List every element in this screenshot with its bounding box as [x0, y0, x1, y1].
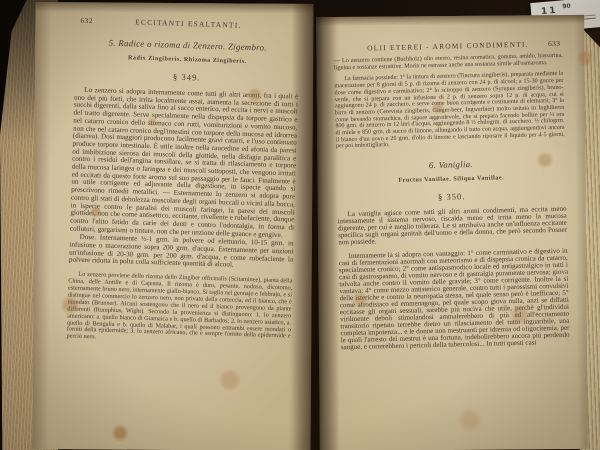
left-page-number: 632: [80, 16, 93, 25]
right-body-paragraph-2: Internamente la si adopra con vantaggio:…: [339, 248, 570, 352]
left-page: 632 ECCITANTI ESALTANTI. 5. Radice o riz…: [32, 2, 313, 450]
left-body-paragraph: Lo zenzero si adopra internamente come t…: [70, 87, 298, 240]
right-small-print-1: — Lo zenzero contiene (Buchholz) olio et…: [334, 53, 563, 72]
right-section-heading: 6. Vaniglia.: [336, 157, 565, 173]
right-running-head: OLII ETEREI - AROMI CONDIMENTI. 633: [333, 39, 562, 54]
left-running-head: 632 ECCITANTI ESALTANTI.: [76, 16, 300, 32]
left-page-text-block: 632 ECCITANTI ESALTANTI. 5. Radice o riz…: [32, 2, 313, 450]
right-latin-subheading: Fructus Vanillae. Siliqua Vanillae.: [337, 174, 566, 186]
left-small-print-paragraph: Lo zenzero proviene dello rizoma dello Z…: [66, 272, 292, 348]
right-page-text-block: OLII ETEREI - AROMI CONDIMENTI. 633 — Lo…: [316, 15, 588, 450]
left-paragraph-mark: § 349.: [75, 69, 299, 86]
right-page-number: 633: [548, 39, 561, 48]
right-paragraph-mark: § 350.: [337, 189, 566, 205]
left-section-heading: 5. Radice o rizoma di Zenzero. Zigembro.: [76, 37, 300, 54]
right-running-title: OLII ETEREI - AROMI CONDIMENTI.: [367, 40, 529, 53]
left-dose-paragraph: Dose. Internamente ½-1 grm. in polvere o…: [69, 234, 294, 272]
price-cents: 90: [562, 3, 571, 11]
right-body-paragraph-1: La vaniglia agisce come tutti gli altri …: [338, 206, 568, 247]
right-page: OLII ETEREI - AROMI CONDIMENTI. 633 — Lo…: [316, 15, 588, 450]
right-small-print-2: La farmacia possiede: 1° la tintura di z…: [334, 71, 565, 150]
left-running-title: ECCITANTI ESALTANTI.: [135, 17, 242, 29]
book-photo: 11 90 632 ECCITANTI ESALTANTI. 5. Radice…: [0, 0, 600, 450]
left-latin-subheading: Radix Zingiberis. Rhizoma Zingiberis.: [75, 54, 299, 67]
